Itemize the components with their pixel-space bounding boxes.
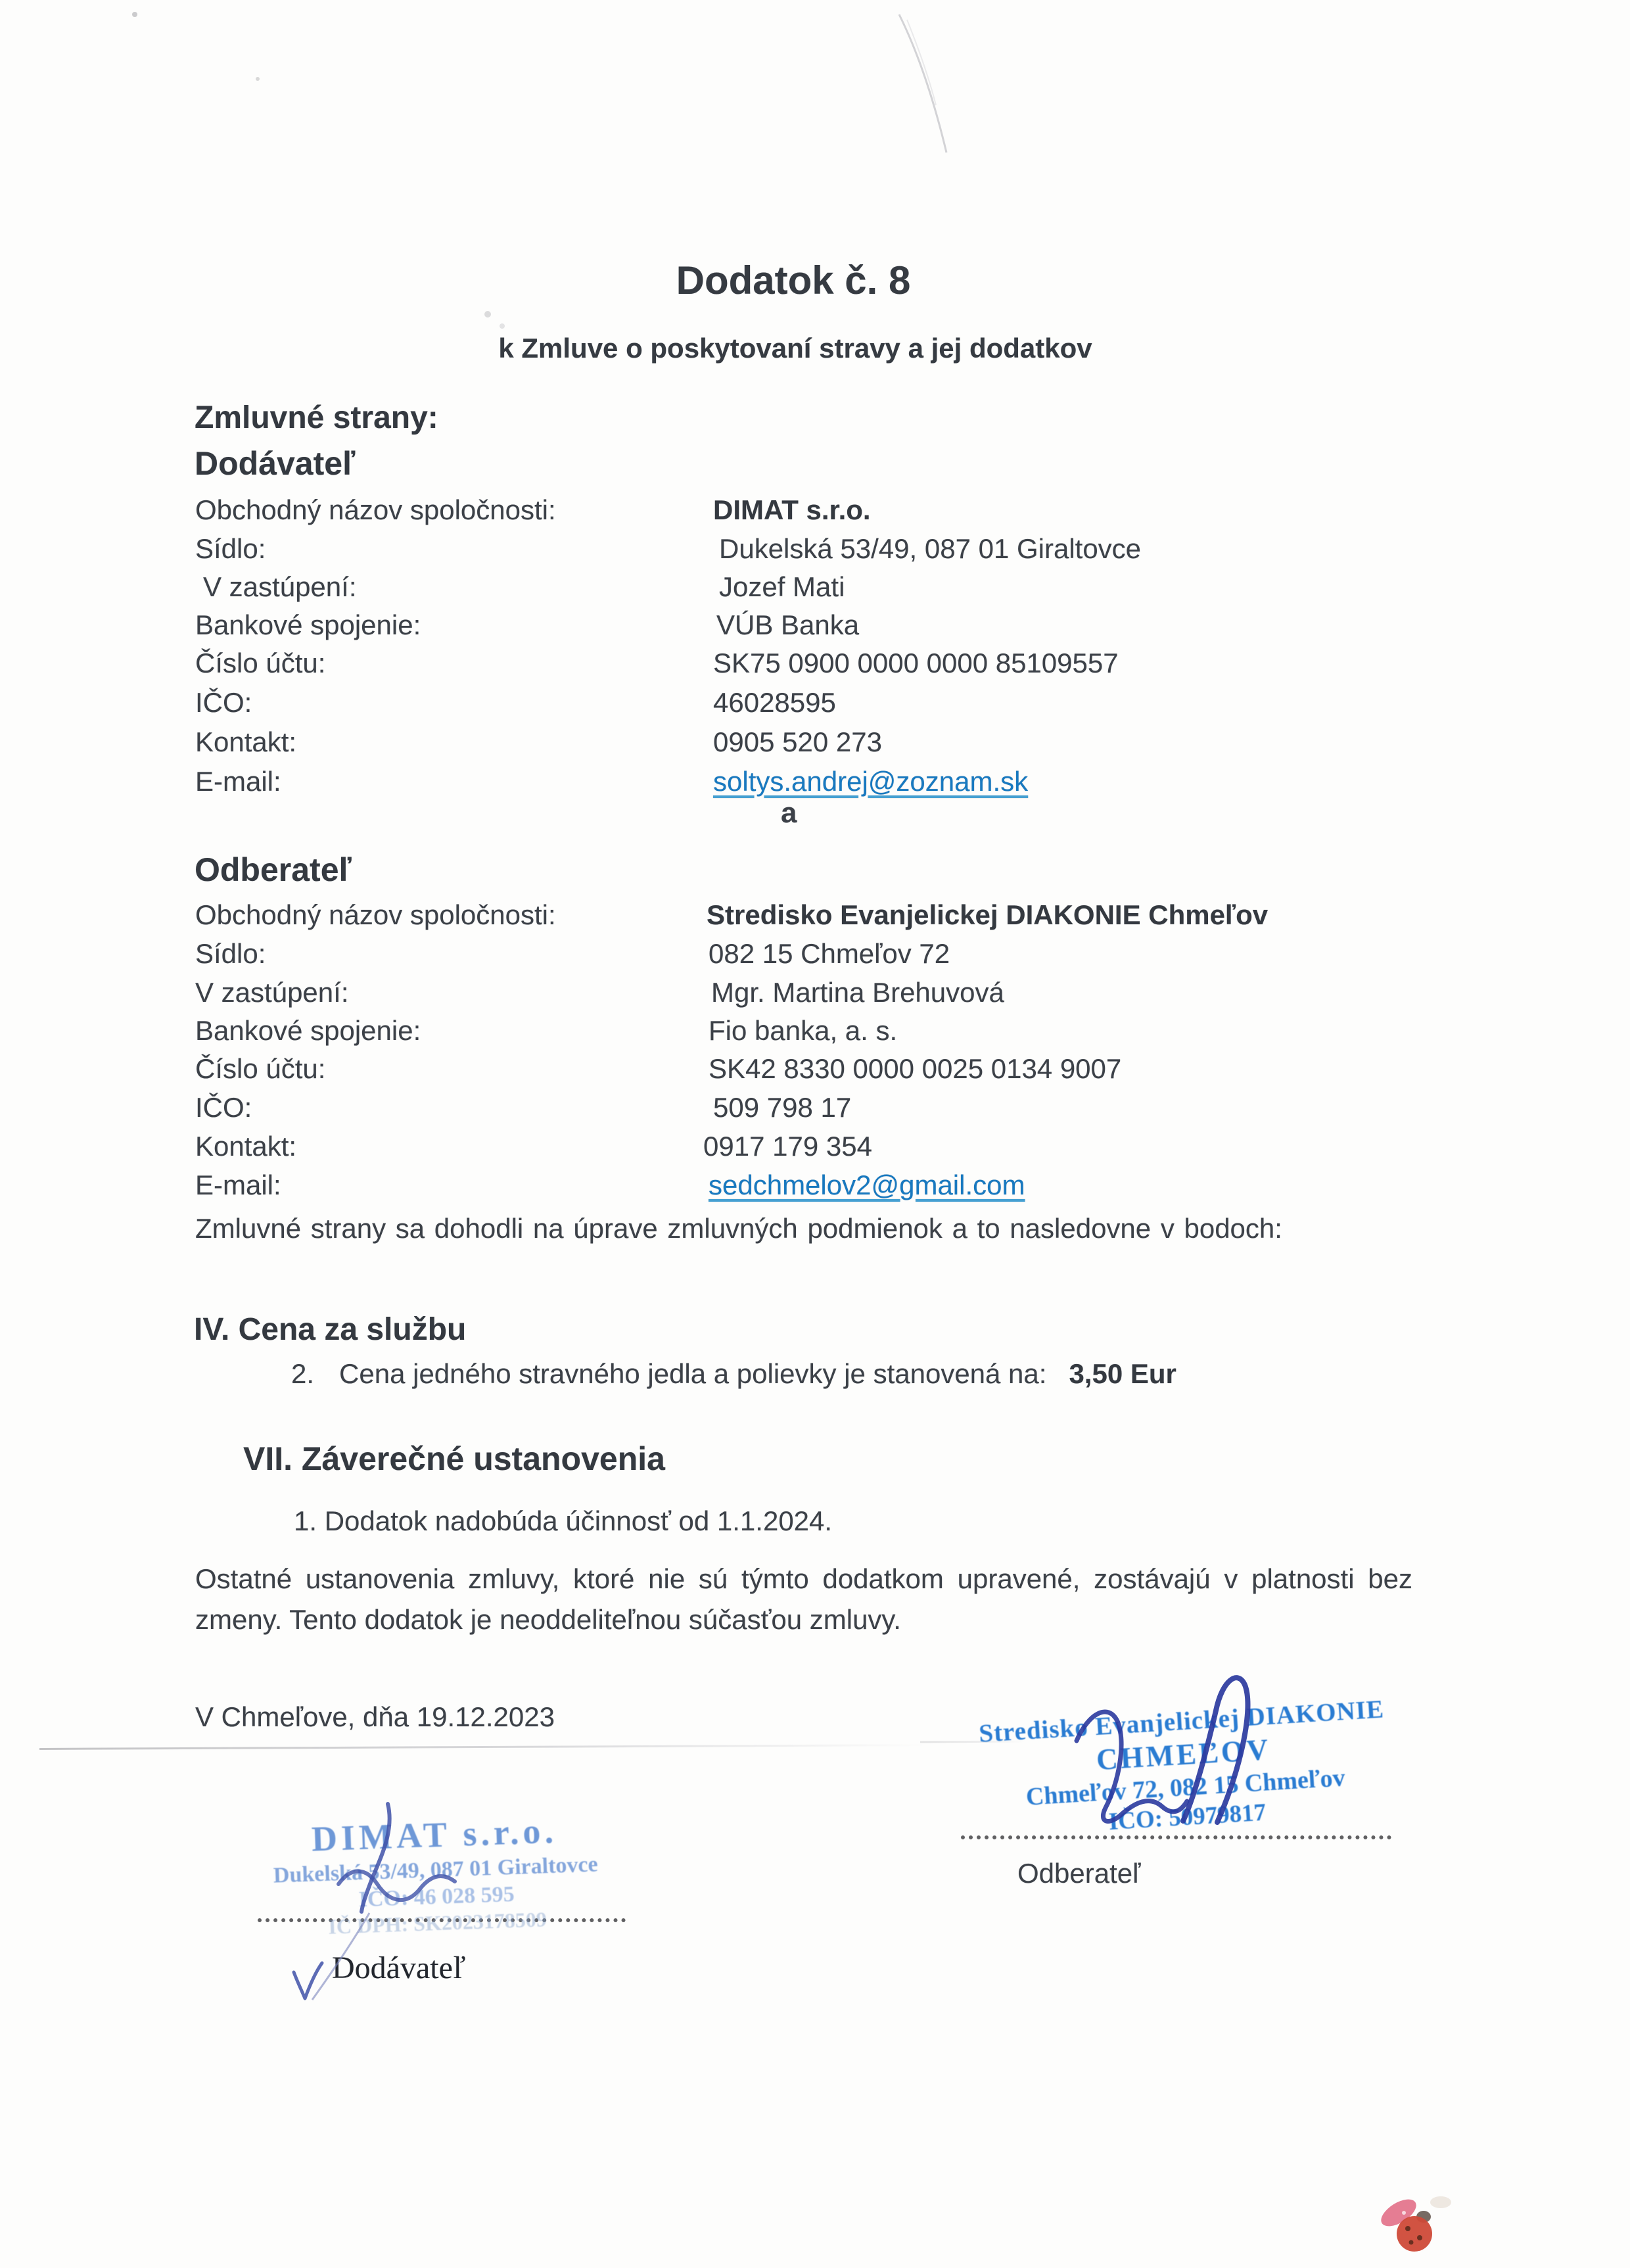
supplier-row: Sídlo: Dukelská 53/49, 087 01 Giraltovce [0,533,1630,570]
customer-heading: Odberateľ [195,851,352,889]
customer-row: V zastúpení: Mgr. Martina Brehuvová [0,977,1630,1014]
supplier-row: Kontakt: 0905 520 273 [0,726,1630,763]
field-value: Stredisko Evanjelickej DIAKONIE Chmeľov [707,899,1268,931]
price-item: 2.Cena jedného stravného jedla a polievk… [291,1358,1176,1390]
supplier-row: V zastúpení: Jozef Mati [0,571,1630,608]
field-value: 46028595 [713,687,836,719]
field-label: IČO: [195,1092,252,1123]
closing-paragraph-line2: zmeny. Tento dodatok je neoddeliteľnou s… [195,1604,901,1636]
supplier-stamp: DIMAT s.r.o. Dukelská 53/49, 087 01 Gira… [246,1808,625,1942]
parties-heading: Zmluvné strany: [195,400,438,436]
field-value: SK75 0900 0000 0000 85109557 [713,648,1119,679]
field-label: Číslo účtu: [195,1053,325,1085]
customer-row: E-mail: sedchmelov2@gmail.com [0,1169,1630,1206]
effective-date-item: 1. Dodatok nadobúda účinnosť od 1.1.2024… [294,1505,832,1537]
date-line: V Chmeľove, dňa 19.12.2023 [195,1701,555,1733]
field-value: Mgr. Martina Brehuvová [711,977,1004,1008]
supplier-signature-label: Dodávateľ [332,1950,465,1986]
field-value: Dukelská 53/49, 087 01 Giraltovce [719,533,1141,565]
field-value: SK42 8330 0000 0025 0134 9007 [709,1053,1121,1085]
supplier-heading: Dodávateľ [195,444,355,483]
field-label: Sídlo: [195,533,266,565]
field-label: Číslo účtu: [195,648,325,679]
supplier-email-link[interactable]: soltys.andrej@zoznam.sk [713,766,1028,797]
field-label: Obchodný názov spoločnosti: [195,899,556,931]
customer-row: Obchodný názov spoločnosti: Stredisko Ev… [0,899,1630,936]
field-value: 082 15 Chmeľov 72 [709,938,950,970]
ladybug-artifact [1377,2194,1451,2252]
field-label: Kontakt: [195,726,296,758]
field-value: DIMAT s.r.o. [713,494,871,526]
supplier-row: IČO: 46028595 [0,687,1630,724]
scan-line-artifact [39,1744,927,1750]
section-iv-heading: IV. Cena za službu [194,1311,466,1348]
field-value: 0917 179 354 [703,1131,872,1162]
customer-signature-label: Odberateľ [1017,1858,1140,1889]
scan-scratch-artifact [907,20,936,105]
field-label: V zastúpení: [203,571,356,603]
field-label: E-mail: [195,766,281,797]
customer-stamp: Stredisko Evanjelickej DIAKONIE CHMEĽOV … [968,1693,1401,1844]
page-subtitle: k Zmluve o poskytovaní stravy a jej doda… [0,333,1591,364]
supplier-row: Číslo účtu: SK75 0900 0000 0000 85109557 [0,648,1630,684]
supplier-checkmark-stroke [294,1963,322,1998]
customer-row: Bankové spojenie: Fio banka, a. s. [0,1015,1630,1052]
supplier-row: Bankové spojenie: VÚB Banka [0,609,1630,646]
section-vii-heading: VII. Záverečné ustanovenia [243,1440,665,1478]
field-label: Obchodný názov spoločnosti: [195,494,556,526]
field-label: V zastúpení: [195,977,348,1008]
field-label: IČO: [195,687,252,719]
price-item-text: Cena jedného stravného jedla a polievky … [339,1358,1046,1389]
customer-row: Kontakt: 0917 179 354 [0,1131,1630,1168]
scan-scratch-artifact [899,14,946,153]
supplier-row: Obchodný názov spoločnosti: DIMAT s.r.o. [0,494,1630,531]
field-label: E-mail: [195,1169,281,1201]
customer-email-link[interactable]: sedchmelov2@gmail.com [709,1169,1025,1201]
agreement-line: Zmluvné strany sa dohodli na úprave zmlu… [195,1213,1282,1244]
field-label: Sídlo: [195,938,266,970]
price-item-number: 2. [291,1358,314,1389]
field-label: Kontakt: [195,1131,296,1162]
customer-row: Číslo účtu: SK42 8330 0000 0025 0134 900… [0,1053,1630,1090]
scan-speck-artifact [256,77,260,81]
document-page: Dodatok č. 8 k Zmluve o poskytovaní stra… [0,0,1630,2268]
scan-speck-artifact [484,311,491,318]
customer-signature-line [961,1835,1391,1839]
customer-row: IČO: 509 798 17 [0,1092,1630,1129]
field-value: 0905 520 273 [713,726,882,758]
customer-row: Sídlo: 082 15 Chmeľov 72 [0,938,1630,975]
field-value: Jozef Mati [719,571,845,603]
scan-speck-artifact [132,12,137,17]
field-label: Bankové spojenie: [195,1015,421,1047]
scan-speck-artifact [500,323,505,329]
field-label: Bankové spojenie: [195,609,421,641]
price-item-value: 3,50 Eur [1069,1358,1176,1389]
field-value: VÚB Banka [716,609,859,641]
field-value: 509 798 17 [713,1092,851,1123]
field-value: Fio banka, a. s. [709,1015,897,1047]
supplier-row: E-mail: soltys.andrej@zoznam.sk [0,766,1630,803]
separator-a: a [781,797,797,830]
page-title: Dodatok č. 8 [0,258,1587,303]
closing-paragraph-line1: Ostatné ustanovenia zmluvy, ktoré nie sú… [195,1563,1412,1595]
